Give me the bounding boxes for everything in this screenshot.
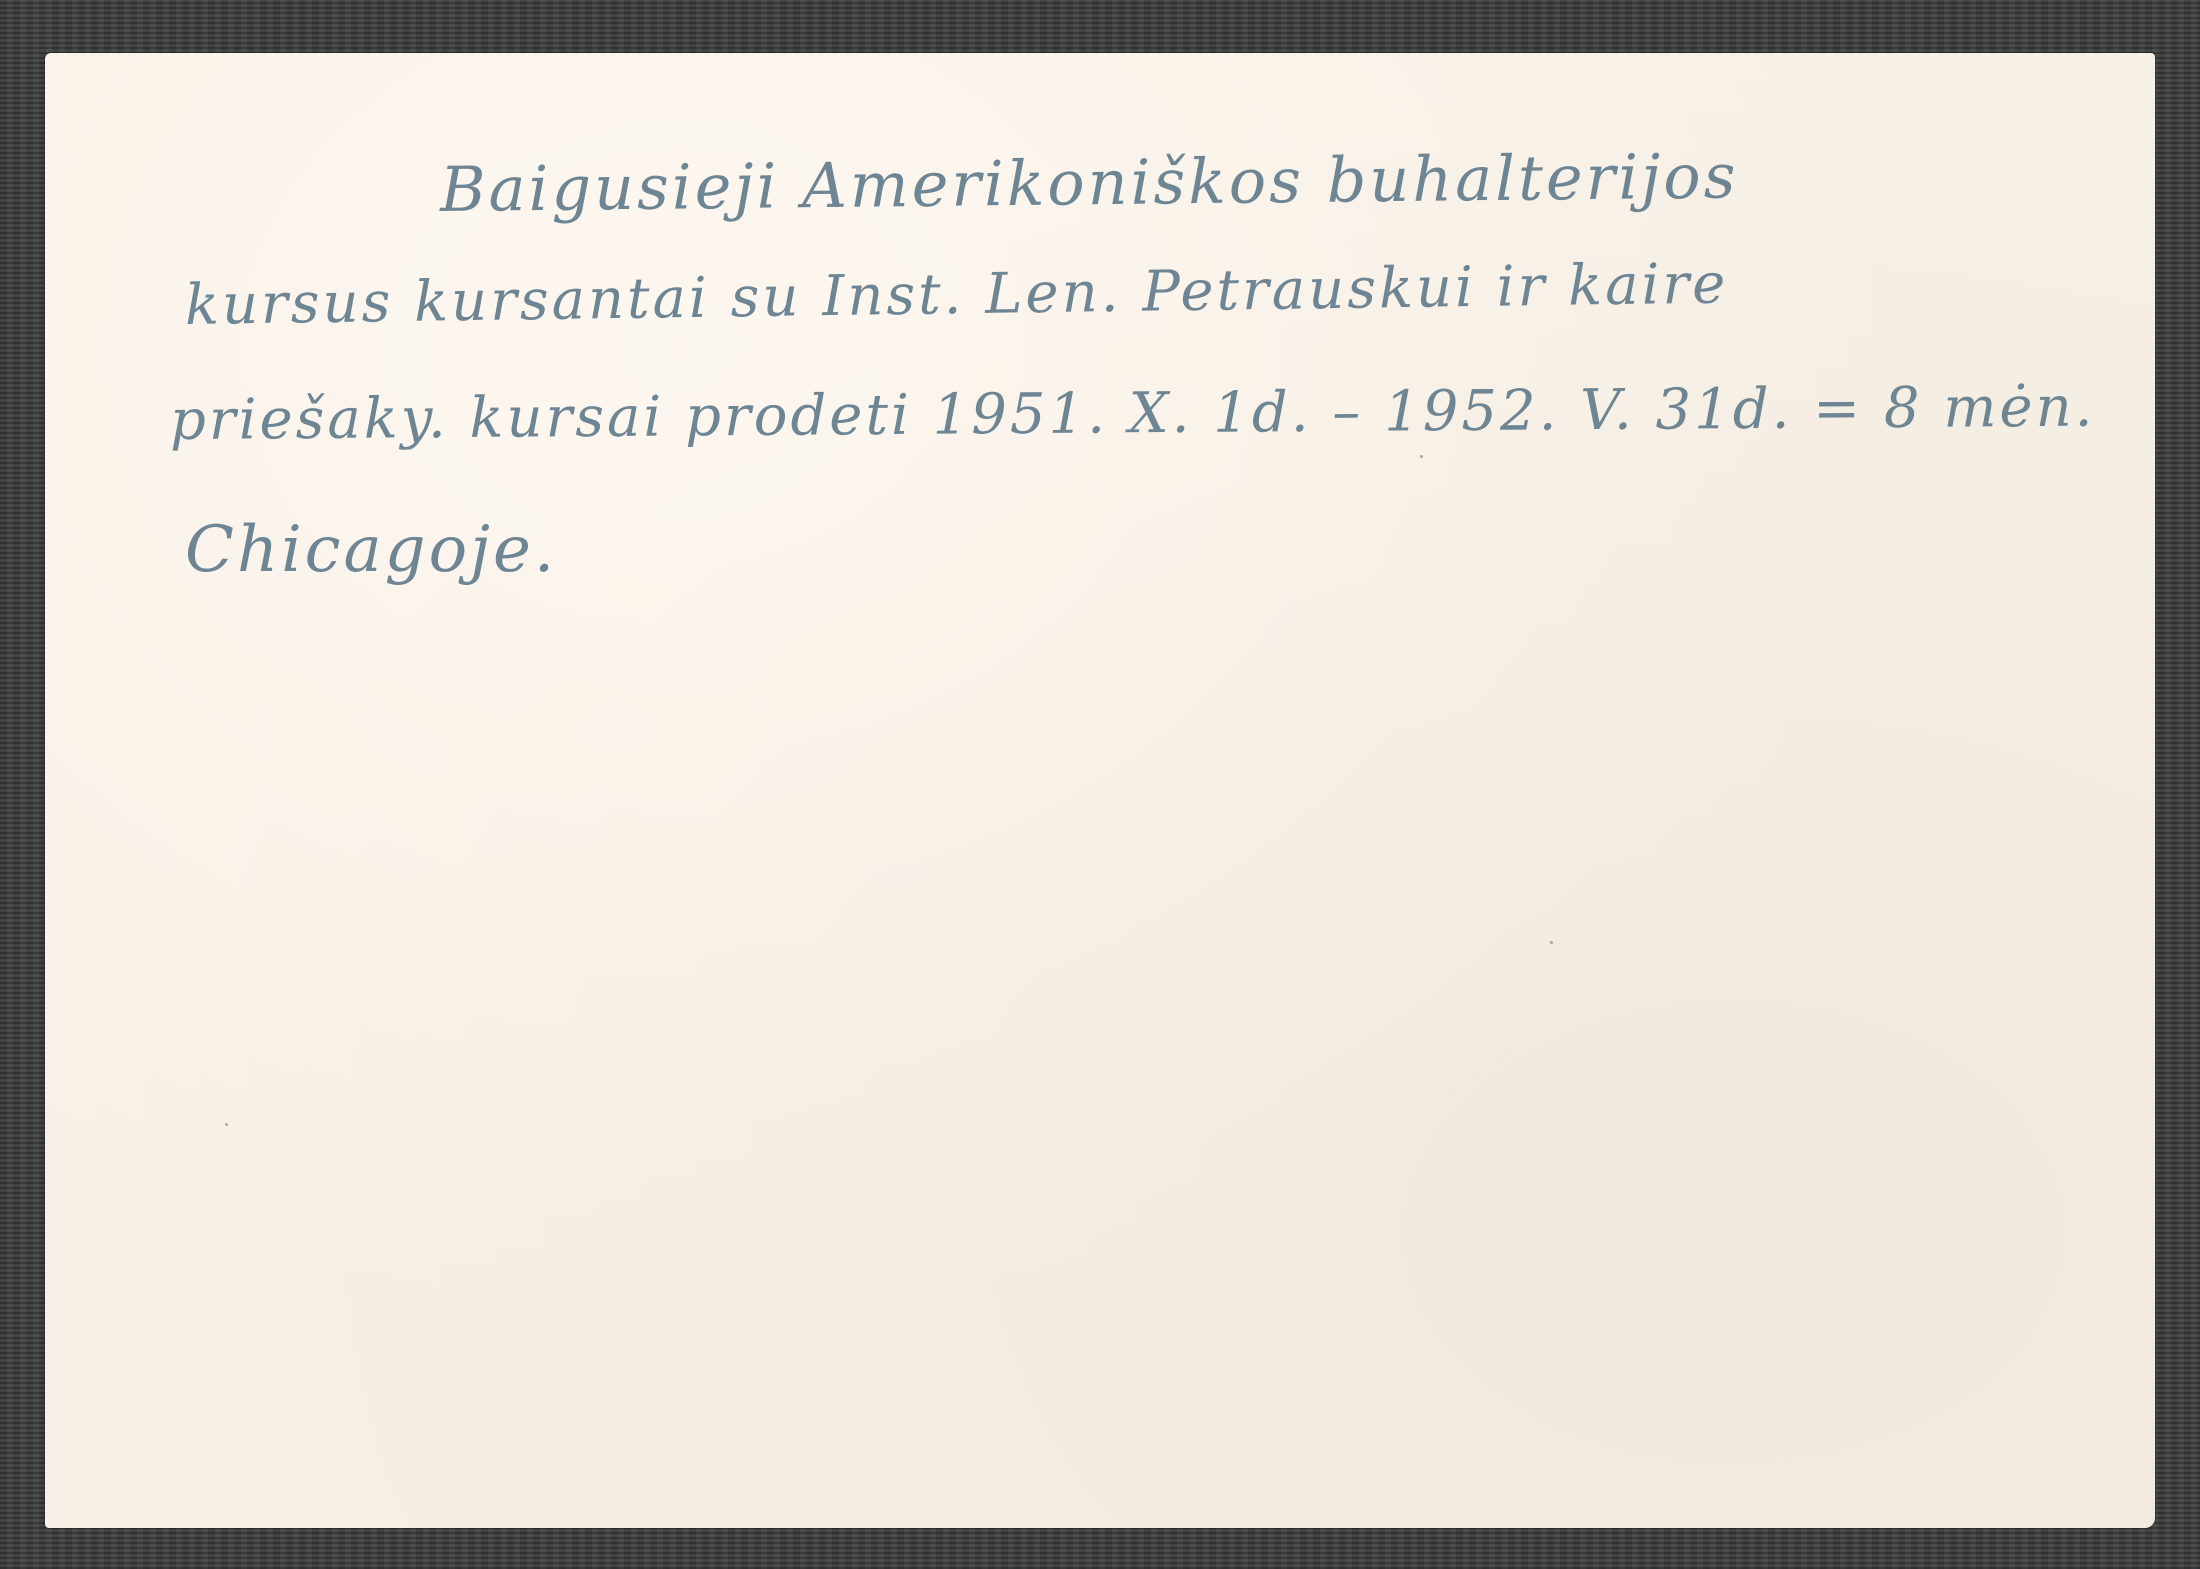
paper-speck: [225, 1123, 228, 1126]
photo-card-back: Baigusieji Amerikoniškos buhalterijos ku…: [45, 53, 2155, 1528]
handwriting-line-1: Baigusieji Amerikoniškos buhalterijos: [440, 139, 1739, 226]
handwriting-line-4: Chicagoje.: [185, 513, 557, 587]
handwriting-line-3: priešaky. kursai prodeti 1951. X. 1d. – …: [170, 375, 2096, 453]
paper-speck: [1550, 941, 1553, 944]
paper-speck: [1420, 455, 1423, 458]
handwriting-line-2: kursus kursantai su Inst. Len. Petrausku…: [185, 251, 1729, 338]
